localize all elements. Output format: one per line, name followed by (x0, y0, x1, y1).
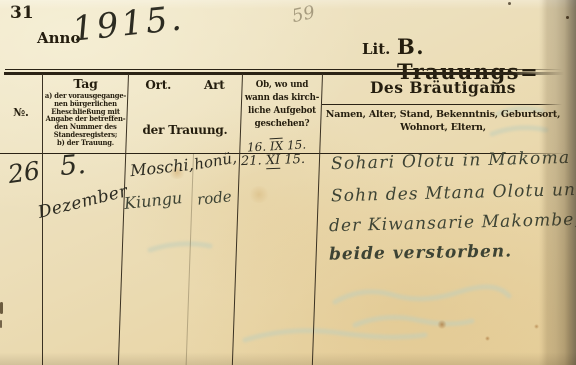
braeutigam-title: Des Bräutigams (322, 78, 564, 97)
ink-speck (566, 16, 569, 19)
rust-speck (534, 324, 539, 329)
entry-aufgebot-date2: 21. XI 15. (241, 152, 306, 169)
roman-month: XI (266, 153, 281, 169)
entry-braeutigam-line: der Kiwansarie Makombe, (329, 210, 576, 237)
entry-ort-line2: Kiungu (123, 188, 183, 213)
pencil-folio-number: 59 (290, 2, 317, 27)
register-title: B. Trauungs= (397, 34, 576, 84)
entry-ort-line1: Moschi, (129, 155, 194, 181)
der-trauung-label: der Trauung. (129, 123, 241, 137)
column-header-aufgebot: Ob, wo und wann das kirch- liche Aufgebo… (244, 79, 321, 131)
column-header-no: №. (0, 106, 42, 119)
entry-number: 26 (6, 156, 42, 189)
lit-label: Lit. (362, 40, 390, 58)
register-page-scan: 31 Anno 1915. 59 Lit. B. Trauungs= №. Ta… (0, 0, 576, 365)
page-edge-mark (0, 302, 3, 314)
tag-subtext: a) der vorausgegange- nen bürgerlichen E… (44, 92, 126, 147)
column-header-tag: Tag a) der vorausgegange- nen bürgerlich… (43, 76, 128, 147)
entry-braeutigam-line: beide verstorben. (329, 241, 512, 264)
paper-blotch (248, 186, 270, 203)
tag-title: Tag (43, 76, 128, 91)
page-edge-mark (0, 320, 2, 328)
rust-speck (485, 336, 490, 341)
roman-month: IX (270, 138, 284, 154)
ink-speck (508, 2, 511, 5)
corner-page-number: 31 (10, 3, 34, 23)
entry-braeutigam-line: Sohn des Mtana Olotu und (331, 180, 576, 207)
entry-day: 5. (59, 149, 87, 182)
ort-label: Ort. (145, 78, 171, 92)
braeutigam-subtitle: Namen, Alter, Stand, Bekenntnis, Geburts… (322, 109, 564, 134)
column-header-ort-art: Ort. Art der Trauung. (129, 78, 241, 137)
column-header-braeutigam: Des Bräutigams Namen, Alter, Stand, Beke… (322, 78, 564, 134)
entry-art-line2: rode (196, 187, 232, 209)
anno-year-handwritten: 1915. (70, 0, 186, 50)
entry-month: Dezember (36, 181, 130, 223)
art-label: Art (204, 78, 225, 92)
rust-stain (437, 320, 447, 329)
table-top-rule-thick (4, 72, 564, 75)
table-top-rule-thin (5, 69, 562, 70)
column-divider-ort-art (186, 154, 194, 365)
